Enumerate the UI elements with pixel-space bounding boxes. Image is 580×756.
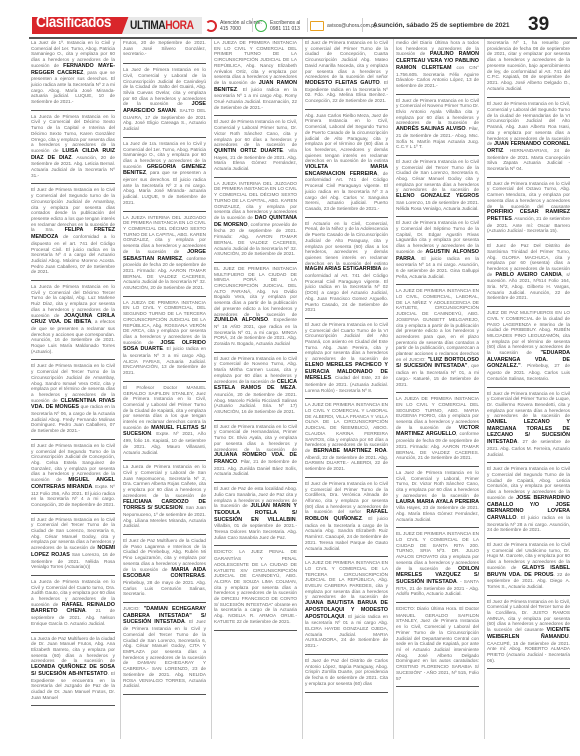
notice-text: LA JUEZA DE PRIMERA INSTANCIA EN LO CIVI… xyxy=(214,40,297,85)
notice-code xyxy=(123,597,206,600)
notice-code xyxy=(305,551,388,554)
notice-code xyxy=(214,110,297,113)
notice-text: EL JUEZ DE PRIMERA INSTANCIA MULTIFUERO … xyxy=(214,266,297,317)
notice-text: La Juez de Primera Instancia en lo Civil… xyxy=(396,470,479,498)
legal-notice: El Juez de Primera Instancia en lo Civil… xyxy=(487,598,570,670)
notice-code xyxy=(396,150,479,153)
notice-text: El Juez de Primera Instancia en lo Civil… xyxy=(396,159,479,193)
column-4: El Juez de Primera Instancia en lo Civil… xyxy=(302,39,390,739)
dateline: Asunción, sábado 25 de septiembre de 202… xyxy=(373,22,510,29)
notice-code xyxy=(305,472,388,475)
divider xyxy=(252,18,253,32)
legal-notice: Frutos, 20 de Septiembre de 2021. Juan J… xyxy=(123,39,206,64)
legal-notice: El Juez de Primera Instancia en lo Civil… xyxy=(487,180,570,240)
notice-code xyxy=(305,104,388,107)
notice-text: El Profesor Doctor MANUEL GERALDO SAIFIL… xyxy=(123,385,206,430)
legal-notice: El Juez de Paz de esta localidad Abog. J… xyxy=(214,485,297,546)
notice-text: El Juez de Paz del Distrito de Carlos An… xyxy=(305,658,388,686)
notice-code xyxy=(487,92,570,95)
newspaper-logo: ULTIMAHORA xyxy=(130,18,194,32)
decedent-name: QUINTIN ORTIZ DUARTE xyxy=(214,148,283,154)
divider xyxy=(362,18,363,32)
notice-text: El Juez de Primera Instancia en lo Civil… xyxy=(305,40,388,79)
notice-text: EDICTO: xyxy=(396,606,415,611)
notice-text: El Juez de Primera Instancia en lo Civil… xyxy=(487,101,570,146)
legal-notice: El Juez de Primera Instancia en lo Civil… xyxy=(305,480,388,557)
phone-icon xyxy=(205,20,217,32)
notice-text: de conformidad a lo dispuesto en el art.… xyxy=(31,234,115,274)
decedent-name: LEONIDA QUIÑONEZ DE SOSA S/ SUCESIÓN AB-… xyxy=(31,664,115,677)
notice-code xyxy=(123,206,206,209)
legal-notice: LA JUEZA INTERINA DEL JUZGADO DE PRIMERA… xyxy=(123,214,206,297)
notice-text: La Jueza de Primera Instancia en lo Civi… xyxy=(123,464,206,498)
legal-notice: JUEZ DE PAZ MULTIFUEROS EN LO CIVIL Y CO… xyxy=(487,309,570,387)
notice-code xyxy=(305,212,388,215)
legal-notice: El Juez de Primera Instancia en lo Civil… xyxy=(31,516,115,576)
legal-notice: El Juez de Primera Instancia en lo Civil… xyxy=(214,118,297,177)
legal-notice: El Juez de Primera Instancia en lo Civil… xyxy=(487,390,570,464)
legal-notice: El Juez de Paz del Distrito de Carlos An… xyxy=(305,657,388,694)
notice-code xyxy=(31,627,115,630)
notice-code xyxy=(396,211,479,214)
legal-notice: EL JUEZ DE PRIMERA INSTANCIA MULTIFUERO … xyxy=(214,265,297,353)
legal-notice: JUICIO: "DAMIAN ECHEGARAY CABRERA INTEST… xyxy=(123,605,206,695)
notice-text: LA JUEZ DE PRIMERA INSTANCIA EN LO CIVIL… xyxy=(305,560,388,599)
decedent-name: LAURA MARIA AYALA PEREIRA xyxy=(396,499,479,505)
notice-code xyxy=(123,455,206,458)
legal-notice: EDICTO: LA JUEZ PENAL DE GARANTÍAS Y PEN… xyxy=(214,548,297,630)
notice-text: Frutos, 20 de Septiembre de 2021. Juan J… xyxy=(123,40,206,56)
legal-notice: El Juez de Primera Instancia en lo Civil… xyxy=(487,465,570,539)
notice-code xyxy=(123,529,206,532)
legal-notice: La Juez de 1ra. Instancia en lo Civil y … xyxy=(123,140,206,212)
contact-email-value: avisos@uhora.com.py xyxy=(327,23,377,29)
notice-code xyxy=(214,625,297,628)
notice-text: LA JUEZA DE PRIMERA INSTANCIA EN LO CIVI… xyxy=(123,300,206,345)
legal-notice: El Juez de Primera Instancia en lo Civil… xyxy=(31,362,115,439)
notice-text: Diario Última Hora. El Doctor MANUEL GER… xyxy=(396,606,479,680)
legal-notice: El Juez de Primera Instancia en lo Civil… xyxy=(396,219,479,285)
notice-code xyxy=(305,687,388,690)
legal-notice: El Juez de Primera Instancia en lo Civil… xyxy=(214,355,297,421)
notice-text: . El Juez de Primera Instancia en lo Civ… xyxy=(123,619,206,688)
notice-code xyxy=(123,132,206,135)
classifieds-columns: La Juez de 1ª. Instancia en lo Civil y C… xyxy=(29,39,577,739)
notice-code xyxy=(214,540,297,543)
legal-notice: Abg. Juan Carlos Rielbo Meza, Juez de Pr… xyxy=(305,112,388,218)
legal-notice: El Juez de Primera Instancia en lo Civil… xyxy=(396,158,479,217)
notice-text: San Lorenzo, 15 de setiembre de 2021. Né… xyxy=(396,200,479,211)
notice-code xyxy=(123,58,206,61)
legal-notice: La Jueza de Primera Instancia en lo Civi… xyxy=(123,463,206,535)
notice-code xyxy=(487,172,570,175)
column-1: La Juez de 1ª. Instancia en lo Civil y C… xyxy=(29,39,117,739)
notice-code xyxy=(123,689,206,692)
decedent-name: VIOLETA MARIA ENCARNACION FERREIRA xyxy=(305,164,388,177)
notice-code xyxy=(396,681,479,684)
legal-notice: El Actuario en lo Civil, Comercial, Pena… xyxy=(305,220,388,319)
section-title: Clasificados xyxy=(36,14,111,32)
contact-whatsapp: Escríbenos al0981 111 013 xyxy=(255,17,300,34)
column-3: LA JUEZA DE PRIMERA INSTANCIA EN LO CIVI… xyxy=(211,39,299,739)
legal-notice: La Jueza de Primera Instancia en lo Civi… xyxy=(31,578,115,633)
contact-email: avisos@uhora.com.py xyxy=(310,17,377,34)
legal-notice: LA JUEZ DE PRIMERA INSTANCIA EN LO CIVIL… xyxy=(396,287,479,393)
page-header: Clasificados ULTIMAHORA Atención al clie… xyxy=(0,0,580,30)
notice-text: La Jueza de Paz Multifuero de la ciudad … xyxy=(31,636,115,664)
notice-text: EDICTO: xyxy=(214,549,233,554)
notice-text: de conformidad al Art. 741 del Código Pr… xyxy=(305,266,388,312)
notice-code xyxy=(487,533,570,536)
notice-text: Abg. Juan Carlos Rielbo Meza, Juez de Pr… xyxy=(305,113,388,164)
legal-notice: La Jueza de Primera Instancia en lo Civi… xyxy=(31,283,115,360)
legal-notice: El Juez de Paz Multifuero de la Ciudad d… xyxy=(123,537,206,603)
legal-notice: El Juez de Paz Del Distrito de Santísima… xyxy=(487,242,570,307)
notice-code xyxy=(214,477,297,480)
notice-code xyxy=(396,461,479,464)
notice-code xyxy=(396,279,479,282)
page-number: 39 xyxy=(528,14,549,36)
legal-notice: EDICTO: Diario Última Hora. El Doctor MA… xyxy=(396,605,479,687)
notice-text: JUEZ DE PAZ MULTIFUEROS EN LO CIVIL Y CO… xyxy=(487,310,570,355)
logo-part-hora: HORA xyxy=(165,18,193,32)
decedent-name: PABLO AVEIRO CANDIA xyxy=(495,272,561,278)
notice-text: El Juez de Primera Instancia en lo Civil… xyxy=(305,322,388,361)
notice-code xyxy=(123,291,206,294)
decedent-name: ANDRÉS SALINAS ALVISO xyxy=(396,126,466,132)
divider xyxy=(307,18,308,32)
notice-text: El Juez de Primera Instancia en lo Civil… xyxy=(31,187,115,232)
email-icon xyxy=(310,21,324,31)
notice-code xyxy=(396,89,479,92)
column-2: Frutos, 20 de Septiembre de 2021. Juan J… xyxy=(120,39,208,739)
notice-code xyxy=(31,275,115,278)
notice-code xyxy=(396,597,479,600)
notice-text: LA JUEZ DE PRIMERA INSTANCIA EN LO CIVIL… xyxy=(305,402,388,453)
legal-notice: El Juez de Primera Instancia en lo Civil… xyxy=(305,321,388,399)
notice-code xyxy=(305,649,388,652)
legal-notice: La Juez de Primera Instancia en lo Civil… xyxy=(123,66,206,138)
notice-text: Secretaría Nº 1, ha resuelto por provide… xyxy=(487,40,570,91)
legal-notice: LA JUEZA DE PRIMERA INSTANCIA EN LO CIVI… xyxy=(214,39,297,116)
legal-notice: La Jueza de Paz Multifuero de la ciudad … xyxy=(31,635,115,707)
notice-code xyxy=(396,387,479,390)
notice-text: El Juez de Primera Instancia en lo Civil… xyxy=(487,391,570,419)
legal-notice: El Juez de Primera Instancia en lo Civil… xyxy=(487,100,570,177)
decedent-name: MODESTO FLEITAS GAUTO xyxy=(305,80,380,86)
notice-code xyxy=(31,105,115,108)
notice-text: LA JUEZ DE PRIMERA INSTANCIA EN LO CIVIL… xyxy=(396,288,479,361)
decedent-name: MAGIN ARIAS ESTIGARRIBIA xyxy=(305,266,381,272)
legal-notice: LA JUEZ DE PRIMERA INSTANCIA EN LO CIVIL… xyxy=(305,559,388,655)
logo-part-ultima: ULTIMA xyxy=(130,18,165,32)
whatsapp-icon xyxy=(255,20,267,32)
legal-notice: El Juez de Primera Instancia en lo Civil… xyxy=(487,541,570,596)
legal-notice: El Juez de Primera Instancia en lo Civil… xyxy=(396,97,479,156)
notice-code xyxy=(487,301,570,304)
legal-notice: LA JUEZA DE PRIMERA INSTANCIA EN LO CIVI… xyxy=(123,299,206,382)
contact-phone: Atención al cliente:415 7000 xyxy=(205,17,262,34)
notice-code xyxy=(487,382,570,385)
notice-code xyxy=(396,522,479,525)
legal-notice: El Profesor Doctor MANUEL GERALDO SAIFIL… xyxy=(123,384,206,461)
legal-notice: La Juez de Primera Instancia en lo Civil… xyxy=(396,469,479,528)
decedent-name: BERNABE MARTINEZ ROA xyxy=(313,448,386,454)
legal-notice: EL JUEZ DE PRIMERA INSTANCIA EN LO CIVIL… xyxy=(396,530,479,603)
contact-whatsapp-value: 0981 111 013 xyxy=(270,26,300,32)
legal-notice: LA JUEZA DE PRIMERA INSTANCIA EN LO CIVI… xyxy=(396,395,479,467)
notice-text: El Juez de Primera Instancia en lo Civil… xyxy=(214,119,297,147)
notice-text: El Juez de Primera Instancia en lo Civil… xyxy=(487,181,570,209)
notice-text: LA JUEZ PENAL DE GARANTÍAS Y PENAL ADOLE… xyxy=(214,549,297,623)
notice-code xyxy=(31,700,115,703)
notice-code xyxy=(123,376,206,379)
notice-code xyxy=(214,347,297,350)
legal-notice: El Juez de Primera Instancia en lo Civil… xyxy=(31,442,115,514)
legal-notice: El Juez de Primera Instancia en lo Civil… xyxy=(214,423,297,483)
notice-code xyxy=(305,313,388,316)
contact-phone-value: 415 7000 xyxy=(220,26,241,32)
legal-notice: LA JUEZA INTERINA DEL JUZGADO DE PRIMERA… xyxy=(214,180,297,263)
notice-text: El Actuario en lo Civil, Comercial, Pena… xyxy=(305,221,388,266)
legal-notice: El Juez de Primera Instancia en lo Civil… xyxy=(305,39,388,110)
notice-code xyxy=(305,393,388,396)
notice-code xyxy=(214,172,297,175)
notice-code xyxy=(487,663,570,666)
column-6: Secretaría Nº 1, ha resuelto por provide… xyxy=(484,39,572,739)
notice-code xyxy=(31,178,115,181)
notice-text: JUICIO: xyxy=(123,606,140,611)
column-5: medio del Diario Última hora a todos los… xyxy=(393,39,481,739)
notice-code xyxy=(31,570,115,573)
legal-notice: La Jueza de Primera Instancia en lo Civi… xyxy=(31,113,115,185)
notice-code xyxy=(31,354,115,357)
decedent-name: ELENO GONZALEZ YEGROS xyxy=(396,193,479,199)
legal-notice: Secretaría Nº 1, ha resuelto por provide… xyxy=(487,39,570,98)
notice-code xyxy=(214,257,297,260)
legal-notice: El Juez de Primera Instancia en lo Civil… xyxy=(31,186,115,281)
legal-notice: medio del Diario Última hora a todos los… xyxy=(396,39,479,95)
legal-notice: LA JUEZ DE PRIMERA INSTANCIA EN LO CIVIL… xyxy=(305,401,388,477)
legal-notice: La Juez de 1ª. Instancia en lo Civil y C… xyxy=(31,39,115,111)
notice-code xyxy=(31,434,115,437)
notice-text: El Juez de Primera Instancia en lo Civil… xyxy=(396,98,479,126)
notice-text: El Juez de Primera Instancia en lo Civil… xyxy=(214,424,297,452)
notice-text: , de conformidad Art. 741 del Código Pro… xyxy=(305,171,388,211)
notice-code xyxy=(487,590,570,593)
notice-text: Villa Hayes, 23 de Setiembre de 2021. Ab… xyxy=(396,505,479,521)
decedent-name: ZUNILDA ALFONSO xyxy=(214,317,268,323)
notice-code xyxy=(214,415,297,418)
notice-code xyxy=(487,457,570,460)
notice-code xyxy=(487,234,570,237)
notice-code xyxy=(31,508,115,511)
